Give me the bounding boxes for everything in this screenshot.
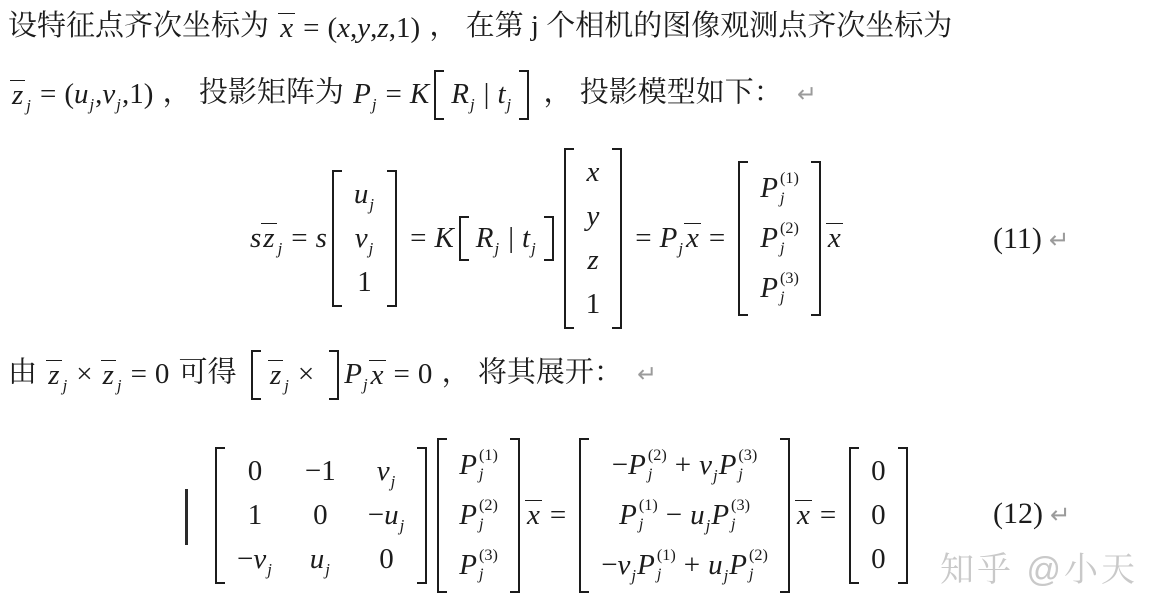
equation-12-label: (12): [993, 497, 1043, 531]
formula-xbar-homogeneous: x=(x,y,z,1): [278, 10, 420, 48]
formula-projection-matrix: Pj=KRj|tj: [353, 70, 534, 120]
paragraph-2-text-2: ， 投影模型如下：: [543, 77, 782, 109]
paragraph-2: zj=(uj,vj,1) ， 投影矩阵为 Pj=KRj|tj ， 投影模型如下：…: [8, 70, 817, 120]
paragraph-3-text-after: ， 将其展开：: [442, 357, 623, 389]
formula-zbar-homogeneous: zj=(uj,vj,1): [10, 76, 153, 114]
equation-12-formula: 0−1vj10−uj−vjuj0P(1)jP(2)jP(3)jx=−P(2)j+…: [210, 438, 913, 593]
paragraph-3-text-before: 由: [8, 357, 44, 389]
paragraph-3-text-between: 可得: [179, 357, 244, 389]
equation-11-formula: szj=sujvj1=KRj|tjxyz1=Pjx=P(1)jP(2)jP(3)…: [250, 148, 843, 329]
paragraph-1: 设特征点齐次坐标为 x=(x,y,z,1) ， 在第 j 个相机的图像观测点齐次…: [8, 8, 952, 47]
zhihu-watermark: 知乎 @小天: [940, 542, 1138, 591]
formula-skew-symmetric: zj×Pjx=0: [246, 350, 432, 400]
paragraph-2-text-1: ， 投影矩阵为: [163, 77, 344, 109]
paragraph-1-text-before: 设特征点齐次坐标为: [8, 10, 269, 42]
equation-11-label: (11): [993, 222, 1042, 256]
return-mark: ↵: [637, 360, 657, 388]
equation-11-number: (11) ↵: [993, 222, 1069, 256]
return-mark: ↵: [797, 80, 817, 108]
equation-12-number: (12) ↵: [993, 497, 1071, 531]
return-mark: ↵: [1050, 500, 1071, 529]
equation-11: szj=sujvj1=KRj|tjxyz1=Pjx=P(1)jP(2)jP(3)…: [248, 148, 845, 329]
paragraph-1-text-after: ， 在第 j 个相机的图像观测点齐次坐标为: [429, 10, 952, 42]
text-cursor: [185, 489, 188, 545]
equation-12: 0−1vj10−uj−vjuj0P(1)jP(2)jP(3)jx=−P(2)j+…: [208, 438, 915, 593]
return-mark: ↵: [1049, 225, 1070, 254]
formula-cross-product-zero: zj×zj=0: [46, 356, 169, 394]
paragraph-3: 由 zj×zj=0 可得 zj×Pjx=0 ， 将其展开： ↵: [8, 350, 657, 400]
